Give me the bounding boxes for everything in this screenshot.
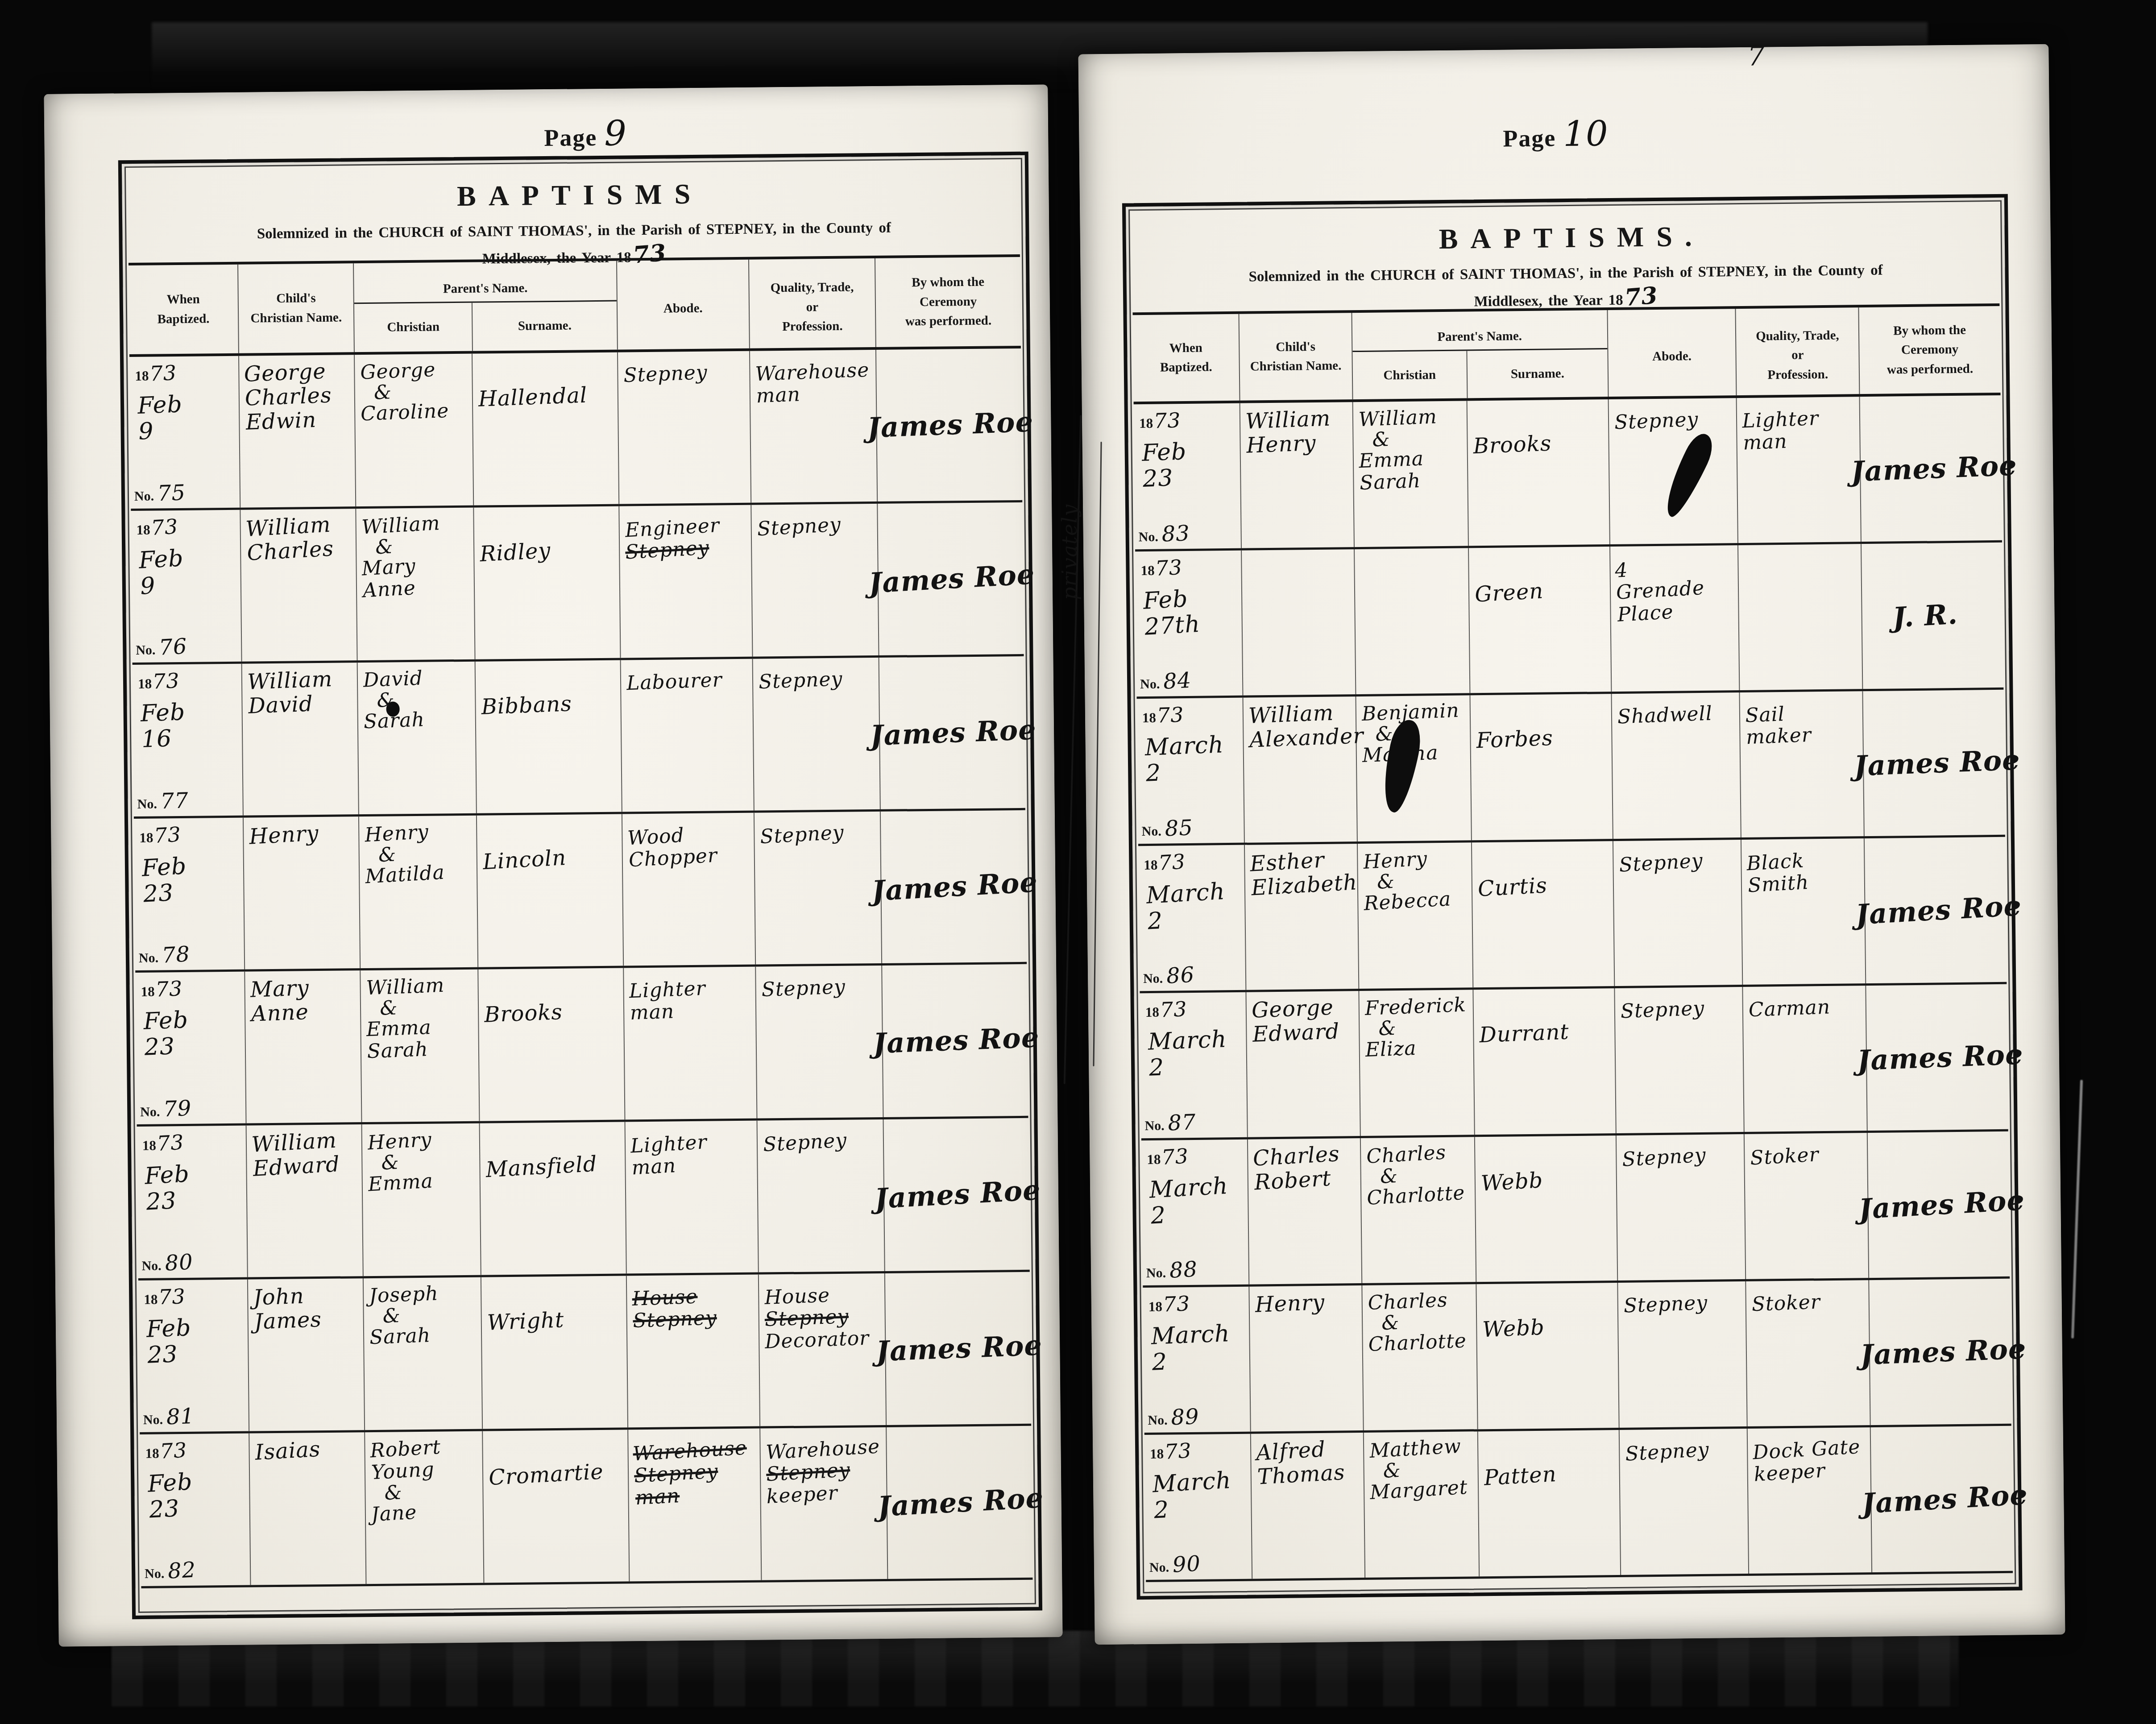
father-name: Robert Young [370, 1434, 478, 1484]
table-body: 1873 Feb 23 No.83 William Henry William … [1134, 395, 2013, 1582]
cell-parents-christian: Matthew & Margaret [1363, 1431, 1479, 1578]
entry-number: 89 [1171, 1405, 1200, 1430]
date-handwritten: March 2 [1144, 731, 1239, 786]
entry-number: 88 [1169, 1258, 1198, 1283]
page-number-handwritten: 10 [1563, 114, 1609, 154]
father-name: David [363, 665, 470, 691]
entry-number: 75 [157, 481, 186, 506]
header-child-name: Child's Christian Name. [237, 263, 354, 353]
cell-parents-surname: Mansfield [479, 1122, 626, 1275]
cell-child-name: Mary Anne [244, 970, 361, 1123]
cell-when-baptized: 1873 Feb 23 No.79 [135, 972, 245, 1124]
officiant-signature: James Roe [870, 714, 1037, 751]
header-child-name: Child's Christian Name. [1239, 313, 1352, 401]
mother-name: Martha [1362, 741, 1465, 767]
cell-parents-christian: Henry & Emma [361, 1123, 481, 1276]
father-name: Joseph [369, 1281, 476, 1307]
cell-child-name: William David [241, 663, 358, 815]
officiant-signature: James Roe [1861, 1479, 2029, 1519]
cell-signature: J. R. [1861, 543, 2003, 689]
cell-signature: James Roe [883, 1118, 1047, 1271]
cell-quality: Dock Gate keeper [1747, 1427, 1871, 1574]
date-handwritten: Feb 23 [141, 850, 239, 908]
baptisms-title: BAPTISMS. [1132, 217, 1999, 259]
father-name: William [366, 973, 473, 999]
entry-number: 78 [162, 943, 191, 968]
officiant-signature: James Roe [877, 1482, 1045, 1522]
entry-number: 90 [1172, 1552, 1202, 1578]
cell-parents-christian: William & Emma Sarah [360, 970, 479, 1123]
register-page-left: Page9 BAPTISMS Solemnized in the CHURCH … [44, 84, 1062, 1646]
cell-quality: Stepney [753, 812, 881, 965]
date-handwritten: Feb 9 [138, 543, 236, 600]
officiant-signature: James Roe [1855, 890, 2023, 930]
entry-number: 86 [1166, 963, 1195, 989]
table-row: 1873 March 2 No.86 Esther Elizabeth Henr… [1138, 837, 2007, 993]
cell-child-name: Esther Elizabeth [1244, 844, 1358, 990]
officiant-signature: James Roe [1857, 1039, 2024, 1076]
officiant-signature: James Roe [873, 1022, 1040, 1059]
header-quality: Quality, Trade, or Profession. [748, 258, 876, 348]
cell-child-name: George Charles Edwin [238, 355, 356, 507]
date-handwritten: Feb 16 [140, 697, 237, 752]
stray-ink-mark: 7 [1747, 41, 1765, 72]
cell-signature: James Roe [879, 656, 1043, 809]
ampersand [1373, 551, 1463, 556]
officiant-signature: James Roe [867, 406, 1034, 443]
cell-quality: Warehouse man [749, 350, 877, 503]
mother-name: Margaret [1369, 1476, 1473, 1504]
cell-signature: James Roe [1864, 837, 2028, 983]
father-name: William [1358, 405, 1462, 431]
header-parents-name: Parent's Name. Christian Surname. [1351, 310, 1608, 399]
page-label: Page [1503, 124, 1556, 152]
officiant-signature: James Roe [1853, 744, 2021, 782]
cell-abode: Lighter man [624, 1121, 758, 1274]
cell-abode: 4 Grenade Place [1609, 545, 1739, 692]
cell-signature: James Roe [1859, 395, 2023, 542]
table-header-row: When Baptized. Child's Christian Name. P… [1133, 306, 2001, 404]
table-row: 1873 Feb 27th No.84 Green [1135, 543, 2003, 699]
date-handwritten: Feb 23 [1141, 437, 1236, 492]
cell-parents-christian: Robert Young & Jane [365, 1431, 484, 1584]
cell-quality: Lighter man [1736, 397, 1861, 543]
header-parents-name: Parent's Name. Christian Surname. [353, 261, 617, 352]
table-row: 1873 Feb 9 No.76 William Charles William… [131, 502, 1024, 665]
subtitle-line2: Middlesex, the Year 18 [1474, 292, 1623, 310]
officiant-signature: James Roe [1858, 1185, 2026, 1225]
cell-signature: James Roe [1866, 984, 2030, 1131]
officiant-signature: James Roe [1860, 1333, 2027, 1371]
mother-name: Emma Sarah [366, 1015, 473, 1063]
cell-quality: Sail maker [1739, 691, 1864, 837]
table-row: 1873 Feb 23 No.83 William Henry William … [1134, 395, 2002, 551]
cell-signature: James Roe [881, 964, 1045, 1117]
cell-parents-surname: Webb [1474, 1136, 1617, 1282]
cell-parents-surname: Durrant [1472, 988, 1615, 1135]
cell-parents-surname: Green [1468, 547, 1611, 693]
table-row: 1873 March 2 No.88 Charles Robert Charle… [1141, 1131, 2010, 1288]
cell-parents-surname: Webb [1476, 1283, 1618, 1429]
header-parent-surname: Surname. [1466, 349, 1608, 398]
cell-parents-christian: Joseph & Sarah [363, 1277, 482, 1430]
baptism-table: BAPTISMS. Solemnized in the CHURCH of SA… [1122, 194, 2023, 1600]
cell-parents-surname: Cromartie [482, 1430, 629, 1583]
subtitle-line1: Solemnized in the CHURCH of SAINT THOMAS… [1248, 262, 1882, 285]
cell-child-name: William Charles [240, 509, 357, 661]
baptism-table: BAPTISMS Solemnized in the CHURCH of SAI… [118, 152, 1042, 1619]
cell-parents-surname: Wright [481, 1276, 627, 1429]
cell-child-name: John James [247, 1278, 365, 1431]
table-row: 1873 Feb 23 No.79 Mary Anne William & Em… [135, 964, 1028, 1127]
table-row: 1873 Feb 23 No.78 Henry Henry & Matilda … [134, 810, 1027, 973]
mother-name: Emma Sarah [1358, 447, 1463, 494]
header-by-whom: By whom the Ceremony was performed. [875, 257, 1021, 347]
cell-parents-surname: Patten [1477, 1430, 1620, 1576]
mother-name: Sarah [369, 1323, 476, 1349]
cell-quality: Stepney [755, 966, 883, 1119]
cell-parents-christian: Charles & Charlotte [1360, 1137, 1476, 1283]
header-abode: Abode. [616, 260, 749, 350]
entry-number: 85 [1165, 816, 1194, 841]
year-handwritten: 73 [632, 240, 667, 269]
officiant-signature: James Roe [1850, 450, 2018, 487]
cell-child-name: Charles Robert [1247, 1138, 1361, 1285]
father-name: George [360, 358, 467, 384]
date-handwritten: March 2 [1148, 1025, 1242, 1081]
cell-parents-christian: William & Emma Sarah [1352, 401, 1468, 547]
cell-when-baptized: 1873 Feb 23 No.82 [140, 1434, 250, 1586]
cell-signature: James Roe [884, 1272, 1049, 1425]
mother-name: Charlotte [1366, 1182, 1470, 1210]
cell-child-name: Henry [1248, 1285, 1363, 1432]
table-row: 1873 March 2 No.90 Alfred Thomas Matthew… [1144, 1426, 2013, 1582]
cell-when-baptized: 1873 Feb 27th No.84 [1135, 551, 1242, 696]
cell-signature: James Roe [877, 502, 1041, 655]
table-row: 1873 Feb 23 No.81 John James Joseph & Sa… [138, 1272, 1031, 1434]
cell-quality [1737, 544, 1862, 690]
scan-speckles [0, 0, 1, 1]
cell-parents-surname: Bibbans [475, 660, 622, 813]
entry-number: 84 [1163, 669, 1192, 694]
table-row: 1873 March 2 No.89 Henry Charles & Charl… [1143, 1279, 2011, 1435]
page-label: Page [544, 124, 597, 151]
mother-name: Matilda [365, 860, 472, 888]
cell-abode: Stepney [1619, 1429, 1749, 1575]
cell-signature: James Roe [1868, 1278, 2032, 1425]
cell-signature: James Roe [1862, 689, 2027, 836]
father-name [1360, 551, 1463, 557]
mother-name: Mary Anne [361, 552, 470, 602]
table-header-row: When Baptized. Child's Christian Name. P… [129, 257, 1021, 357]
entry-number: 76 [158, 635, 188, 660]
date-handwritten: Feb 23 [144, 1158, 242, 1215]
table-row: 1873 Feb 23 No.80 William Edward Henry &… [137, 1118, 1030, 1281]
table-row: 1873 Feb 16 No.77 William David David & … [133, 656, 1025, 819]
subtitle-line1: Solemnized in the CHURCH of SAINT THOMAS… [257, 220, 891, 242]
entry-number: 83 [1161, 522, 1190, 547]
mother-name: Charlotte [1368, 1330, 1471, 1355]
mother-name: Caroline [361, 399, 467, 425]
date-handwritten: March 2 [1152, 1467, 1247, 1524]
table-title-block: BAPTISMS. Solemnized in the CHURCH of SA… [1132, 203, 1999, 315]
cell-when-baptized: 1873 March 2 No.90 [1144, 1434, 1252, 1580]
officiant-signature: James Roe [871, 866, 1039, 907]
cell-when-baptized: 1873 Feb 9 No.75 [129, 356, 240, 509]
father-name: Benjamin [1361, 699, 1465, 725]
cell-signature: James Roe [1870, 1426, 2034, 1572]
cell-when-baptized: 1873 Feb 9 No.76 [131, 510, 241, 663]
cell-child-name: Henry [243, 816, 360, 969]
cell-signature: James Roe [1867, 1131, 2031, 1278]
cell-signature: James Roe [880, 810, 1044, 963]
cell-child-name: Alfred Thomas [1250, 1433, 1364, 1579]
cell-abode: Stepney [1613, 840, 1742, 986]
cell-quality: Stepney [756, 1119, 884, 1272]
officiant-signature: James Roe [874, 1174, 1042, 1214]
cell-quality: House Stepney Decorator [758, 1273, 886, 1426]
entry-number: 87 [1168, 1111, 1197, 1136]
page-number: Page9 [544, 114, 627, 154]
cell-when-baptized: 1873 Feb 23 No.83 [1134, 403, 1241, 549]
cell-abode: Stepney [1614, 987, 1744, 1133]
table-row: 1873 March 2 No.87 George Edward Frederi… [1140, 984, 2008, 1140]
cell-when-baptized: 1873 March 2 No.87 [1140, 992, 1247, 1138]
cell-parents-christian: Henry & Matilda [358, 816, 477, 969]
cell-abode: House Stepney [626, 1275, 759, 1428]
cell-quality: Stepney [752, 658, 880, 811]
year-handwritten: 73 [1624, 282, 1659, 311]
header-by-whom: By whom the Ceremony was performed. [1858, 306, 2001, 394]
cell-parents-christian: George & Caroline [354, 354, 473, 507]
date-handwritten: Feb 23 [147, 1466, 245, 1523]
cell-child-name: William Alexander [1243, 696, 1357, 843]
cell-signature: James Roe [875, 348, 1040, 501]
header-quality: Quality, Trade, or Profession. [1735, 307, 1859, 395]
cell-when-baptized: 1873 March 2 No.89 [1143, 1287, 1250, 1433]
cell-abode: Stepney [617, 351, 750, 504]
cell-child-name [1241, 549, 1355, 696]
struck-text [1744, 552, 1856, 559]
date-handwritten: March 2 [1145, 878, 1240, 935]
cell-child-name: William Edward [245, 1124, 363, 1277]
cell-parents-christian: Benjamin & Martha [1355, 695, 1471, 841]
entry-number: 77 [160, 789, 189, 814]
cell-parents-surname: Ridley [473, 506, 620, 659]
cell-parents-christian: David & Sarah [357, 662, 476, 815]
mother-name [1360, 551, 1463, 557]
cell-quality: Stepney [750, 504, 879, 657]
officiant-signature: James Roe [868, 559, 1036, 599]
date-handwritten: Feb 23 [143, 1005, 240, 1060]
cell-when-baptized: 1873 March 2 No.88 [1141, 1140, 1248, 1285]
date-handwritten: Feb 23 [146, 1313, 243, 1368]
cell-parents-christian: William & Mary Anne [356, 508, 475, 661]
struck-text: House Stepney [632, 1284, 754, 1332]
scan-scratch [2071, 1080, 2083, 1339]
father-name: Frederick [1364, 994, 1468, 1019]
cell-when-baptized: 1873 Feb 23 No.80 [137, 1126, 247, 1278]
cell-when-baptized: 1873 March 2 No.85 [1137, 698, 1244, 844]
entry-number: 82 [167, 1558, 197, 1584]
cell-parents-surname: Brooks [1467, 399, 1609, 546]
cell-child-name: George Edward [1245, 991, 1360, 1137]
cell-parents-christian: Frederick & Eliza [1358, 990, 1474, 1136]
cell-child-name: Isaias [249, 1432, 366, 1585]
baptisms-title: BAPTISMS [128, 174, 1020, 216]
cell-when-baptized: 1873 Feb 23 No.78 [134, 818, 244, 970]
cell-signature: James Roe [886, 1426, 1050, 1579]
header-when-baptized: When Baptized. [129, 265, 238, 354]
table-row: 1873 March 2 No.85 William Alexander Ben… [1137, 690, 2005, 846]
cell-abode: Shadwell [1611, 692, 1741, 839]
cell-quality: Stoker [1744, 1133, 1868, 1279]
mother-name: Eliza [1365, 1036, 1468, 1061]
table-title-block: BAPTISMS Solemnized in the CHURCH of SAI… [128, 161, 1020, 265]
header-parent-christian: Christian [1352, 351, 1467, 399]
date-handwritten: Feb 9 [137, 389, 234, 444]
cell-abode: Stepney [1608, 398, 1737, 544]
entry-number: 81 [166, 1405, 195, 1430]
header-parent-surname: Surname. [472, 301, 617, 351]
page-number-handwritten: 9 [604, 113, 627, 153]
page-number: Page10 [1503, 115, 1609, 155]
cell-abode: Stepney [1617, 1281, 1747, 1428]
table-row: 1873 Feb 9 No.75 George Charles Edwin Ge… [129, 348, 1022, 511]
date-handwritten: March 2 [1148, 1172, 1244, 1229]
mother-name: Rebecca [1363, 887, 1467, 915]
cell-parents-surname: Curtis [1471, 841, 1614, 987]
cell-abode: Warehouse Stepney man [627, 1429, 761, 1582]
cell-quality: Black Smith [1741, 838, 1865, 985]
header-when-baptized: When Baptized. [1133, 314, 1240, 402]
cell-parents-surname: Hallendal [472, 352, 618, 506]
mother-name: Sarah [363, 707, 470, 733]
father-name: Charles [1367, 1288, 1471, 1314]
cell-abode: Stepney [1616, 1134, 1746, 1281]
date-handwritten: March 2 [1151, 1320, 1245, 1375]
table-body: 1873 Feb 9 No.75 George Charles Edwin Ge… [129, 348, 1032, 1588]
cell-parents-surname: Brooks [477, 968, 624, 1121]
cell-parents-christian [1354, 548, 1470, 694]
struck-text: Warehouse Stepney man [632, 1437, 756, 1509]
cell-quality: Warehouse Stepney keeper [759, 1427, 887, 1580]
cell-abode: Engineer Stepney [618, 505, 752, 658]
cell-abode: Labourer [620, 659, 753, 812]
cell-quality: Carman [1742, 986, 1867, 1132]
cell-when-baptized: 1873 March 2 No.86 [1138, 845, 1245, 991]
cell-child-name: William Henry [1240, 402, 1354, 548]
officiant-signature: J. R. [1892, 598, 1958, 633]
cell-parents-surname: Lincoln [476, 814, 623, 967]
cell-parents-surname: Forbes [1470, 694, 1613, 840]
register-page-right: 7 Page10 BAPTISMS. Solemnized in the CHU… [1078, 44, 2065, 1645]
entry-number: 79 [163, 1097, 192, 1122]
header-parents-label: Parent's Name. [1352, 310, 1607, 351]
mother-name: Emma [368, 1168, 475, 1196]
header-parent-christian: Christian [354, 303, 472, 352]
cell-when-baptized: 1873 Feb 16 No.77 [133, 664, 243, 816]
table-row: 1873 Feb 23 No.82 Isaias Robert Young & … [140, 1426, 1032, 1588]
entry-number: 80 [164, 1251, 194, 1276]
header-abode: Abode. [1607, 309, 1736, 397]
cell-parents-christian: Charles & Charlotte [1361, 1284, 1477, 1430]
cell-abode: Lighter man [623, 967, 756, 1120]
cell-quality: Stoker [1746, 1280, 1870, 1426]
officiant-signature: James Roe [876, 1330, 1043, 1367]
spine-note-handwritten: privately [1058, 504, 1082, 600]
cell-when-baptized: 1873 Feb 23 No.81 [138, 1280, 249, 1432]
cell-abode: Wood Chopper [622, 813, 755, 966]
date-handwritten: Feb 27th [1142, 583, 1237, 640]
header-parents-label: Parent's Name. [354, 261, 617, 303]
cell-parents-christian: Henry & Rebecca [1357, 842, 1473, 989]
